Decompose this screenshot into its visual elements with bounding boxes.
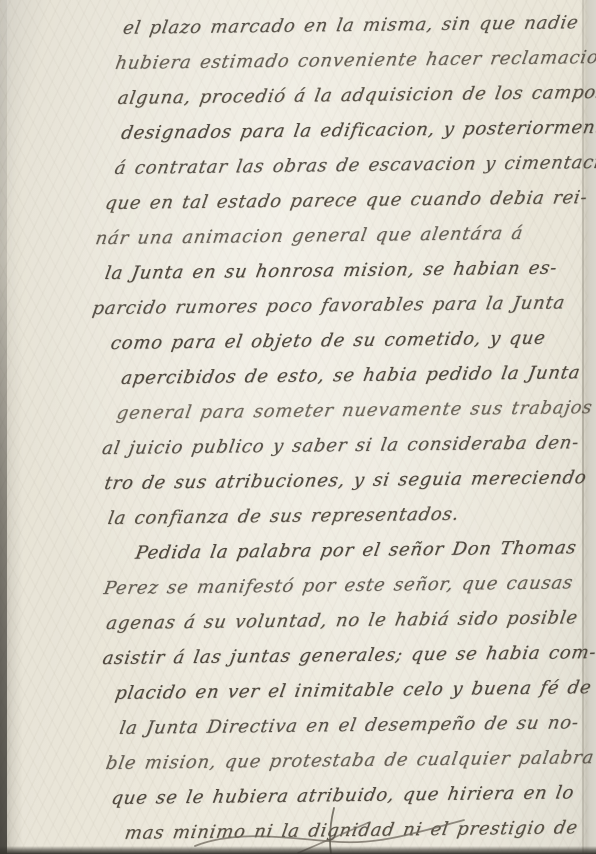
manuscript-line: nár una animacion general que alentára á	[95, 215, 587, 256]
handwritten-text: á contratar las obras de escavacion y ci…	[112, 145, 596, 186]
handwritten-text: que se le hubiera atribuido, que hiriera…	[109, 775, 577, 816]
handwritten-text: la confianza de sus representados.	[105, 497, 462, 536]
manuscript-text: el plazo marcado en la misma, sin que na…	[107, 5, 595, 851]
handwritten-text: general para someter nuevamente sus trab…	[114, 390, 595, 431]
manuscript-line: la confianza de sus representados.	[108, 495, 591, 536]
manuscript-line: agenas á su voluntad, no le habiá sido p…	[106, 600, 592, 641]
manuscript-line: la Junta en su honrosa mision, se habian…	[105, 250, 588, 291]
manuscript-line: asistir á las juntas generales; que se h…	[103, 635, 593, 676]
handwritten-text: nár una animacion general que alentára á	[93, 216, 526, 256]
handwritten-text: designados para la edificacion, y poster…	[119, 110, 596, 151]
handwritten-text: Pedida la palabra por el señor Don Thoma…	[133, 530, 580, 570]
handwritten-text: tro de sus atribuciones, y si seguia mer…	[102, 460, 590, 501]
handwritten-text: parcido rumores poco favorables para la …	[90, 285, 568, 326]
manuscript-line: al juicio publico y saber si la consider…	[102, 425, 590, 466]
binding-gutter-shadow	[0, 0, 30, 854]
handwritten-text: placido en ver el inimitable celo y buen…	[112, 670, 594, 711]
manuscript-line: general para someter nuevamente sus trab…	[117, 390, 590, 431]
manuscript-line: Perez se manifestó por este señor, que c…	[104, 565, 592, 606]
manuscript-line: mas minimo ni la dignidad ni el prestigi…	[125, 810, 595, 851]
handwritten-text: como para el objeto de su cometido, y qu…	[108, 321, 548, 361]
handwritten-text: el plazo marcado en la misma, sin que na…	[120, 5, 581, 46]
handwritten-text: la Junta en su honrosa mision, se habian…	[102, 250, 560, 291]
handwritten-text: que en tal estado parece que cuando debi…	[102, 180, 590, 221]
manuscript-line: la Junta Directiva en el desempeño de su…	[119, 705, 593, 746]
handwritten-text: la Junta Directiva en el desempeño de su…	[117, 705, 582, 746]
manuscript-line: á contratar las obras de escavacion y ci…	[115, 145, 587, 186]
manuscript-line: designados para la edificacion, y poster…	[121, 110, 586, 151]
binding-edge-strip	[0, 0, 7, 854]
handwritten-text: ble mision, que protestaba de cualquier …	[103, 740, 596, 781]
manuscript-line: el plazo marcado en la misma, sin que na…	[123, 5, 585, 46]
handwritten-text: apercibidos de esto, se habia pedido la …	[119, 355, 584, 396]
handwritten-text: mas minimo ni la dignidad ni el prestigi…	[122, 810, 581, 851]
manuscript-line: hubiera estimado conveniente hacer recla…	[115, 40, 585, 81]
handwritten-text: asistir á las juntas generales; que se h…	[100, 635, 596, 676]
manuscript-line: como para el objeto de su cometido, y qu…	[111, 320, 589, 361]
manuscript-line: alguna, procedió á la adquisicion de los…	[118, 75, 586, 116]
manuscript-line: Pedida la palabra por el señor Don Thoma…	[135, 530, 591, 571]
manuscript-line: que se le hubiera atribuido, que hiriera…	[111, 775, 594, 816]
manuscript-line: que en tal estado parece que cuando debi…	[105, 180, 587, 221]
manuscript-line: parcido rumores poco favorables para la …	[92, 285, 588, 326]
handwritten-text: alguna, procedió á la adquisicion de los…	[115, 75, 596, 116]
manuscript-line: placido en ver el inimitable celo y buen…	[115, 670, 593, 711]
handwritten-text: Perez se manifestó por este señor, que c…	[101, 565, 576, 606]
manuscript-line: ble mision, que protestaba de cualquier …	[106, 740, 594, 781]
manuscript-line: tro de sus atribuciones, y si seguia mer…	[104, 460, 590, 501]
manuscript-line: apercibidos de esto, se habia pedido la …	[121, 355, 589, 396]
handwritten-text: hubiera estimado conveniente hacer recla…	[113, 40, 596, 81]
handwritten-text: agenas á su voluntad, no le habiá sido p…	[103, 600, 580, 641]
handwritten-text: al juicio publico y saber si la consider…	[99, 425, 582, 466]
manuscript-page: el plazo marcado en la misma, sin que na…	[0, 0, 596, 854]
